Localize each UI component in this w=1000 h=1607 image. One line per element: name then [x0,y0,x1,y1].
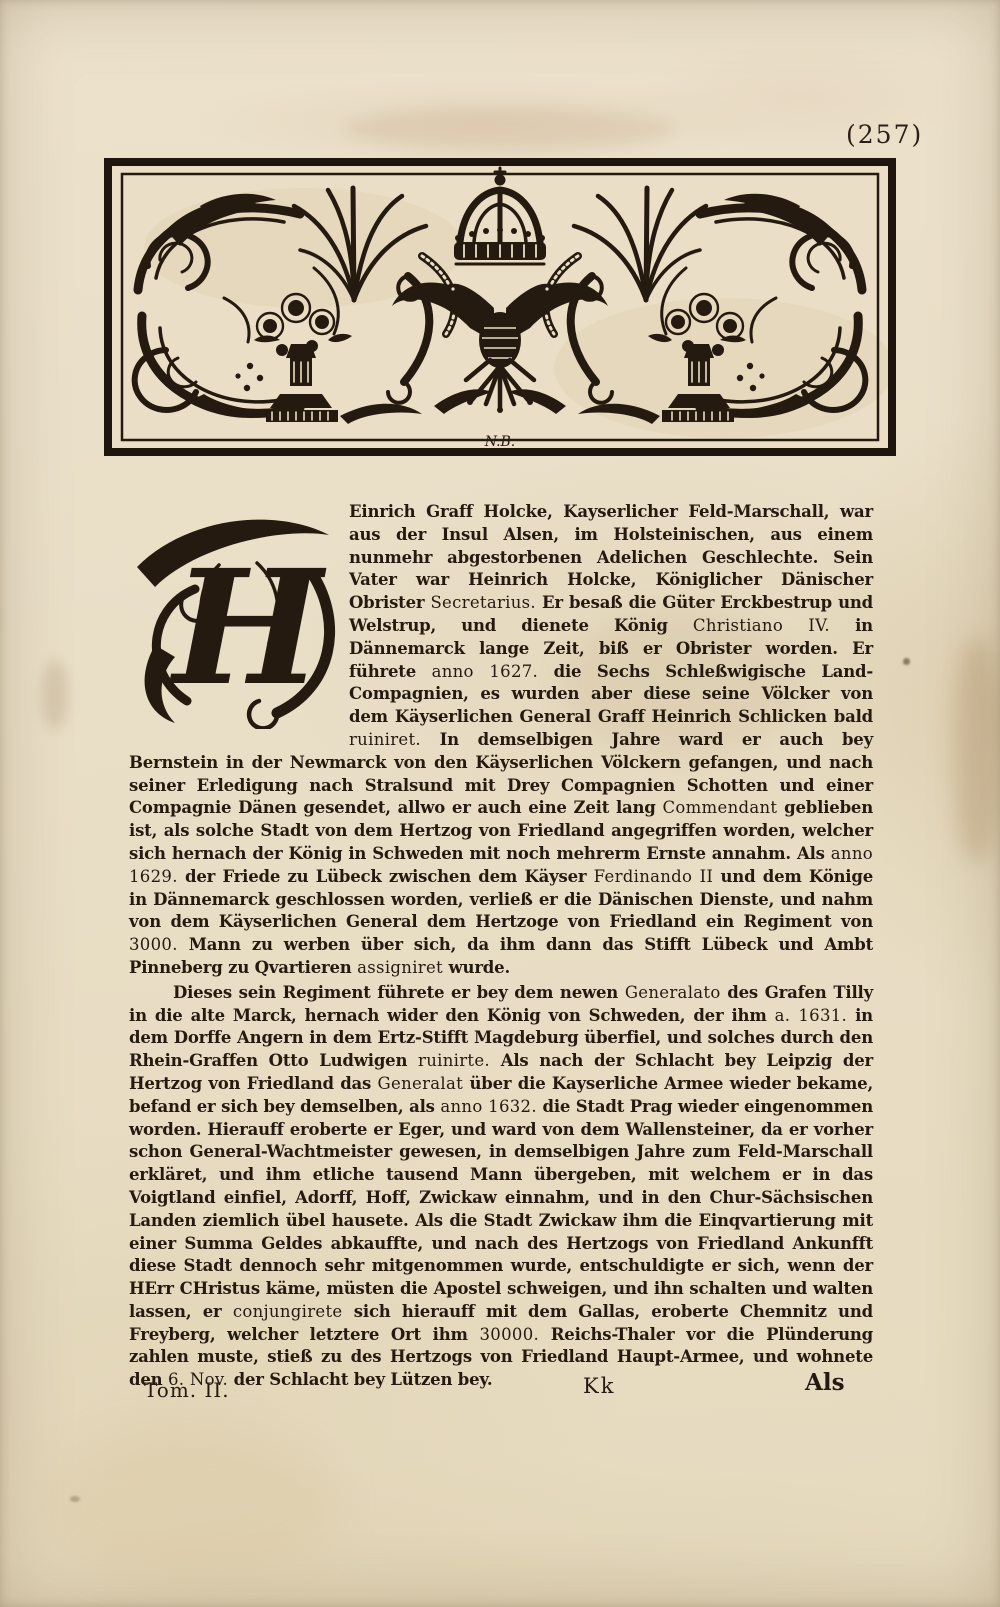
text-segment-latin: Christiano IV. [693,616,830,635]
text-segment-latin: Ferdinando II [594,867,714,886]
text-segment-latin: a. 1631. [775,1006,847,1025]
drop-cap-initial: H [129,505,337,729]
text-segment-latin: Generalat [378,1074,464,1093]
paper-stain-bleedthrough [345,108,675,150]
tome-label: Tom. II. [144,1378,230,1402]
text-segment-latin: anno 1632. [440,1097,537,1116]
drop-cap-flourish-graphic: H [129,505,337,729]
text-segment-fraktur: Dieses sein Regiment führete er bey dem … [173,983,625,1002]
book-page: (257) [0,0,1000,1607]
text-segment-latin: assigniret [357,958,443,977]
text-segment-latin: 30000. [480,1325,540,1344]
text-segment-latin: conjungirete [233,1302,343,1321]
text-segment-latin: Commendant [662,798,777,817]
drop-cap-letter: H [169,536,327,721]
text-segment-latin: 3000. [129,935,178,954]
headpiece-woodcut: N.B. [104,158,896,456]
engraver-signature: N.B. [484,434,516,450]
paper-stain-bottom [40,1430,340,1580]
paper-stain-right-edge [955,640,1000,860]
text-segment-fraktur: der Friede zu Lübeck zwischen dem Käyser [178,867,594,886]
text-segment-latin: Secretarius. [430,593,536,612]
paragraph: H Einrich Graff Holcke, Kayserlicher Fel… [129,501,873,980]
text-segment-latin: ruinirte. [418,1051,490,1070]
ink-speck [70,1496,80,1502]
text-segment-fraktur: wurde. [443,958,510,977]
text-segment-latin: anno 1627. [432,662,539,681]
text-segment-fraktur: die Stadt Prag wieder eingenommen worden… [129,1097,873,1321]
article-text: H Einrich Graff Holcke, Kayserlicher Fel… [129,501,873,1392]
scanned-book-page: { "page": { "number": "(257)", "tome": "… [0,0,1000,1607]
text-segment-latin: ruiniret. [349,730,421,749]
page-number: (257) [846,120,923,149]
paper-stain-left-edge [42,660,68,730]
text-segment-latin: Generalato [625,983,721,1002]
signature-mark: Kk [583,1374,615,1398]
catchword: Als [805,1369,845,1396]
paragraph: Dieses sein Regiment führete er bey dem … [129,982,873,1392]
ink-speck [903,658,910,665]
text-segment-fraktur: der Schlacht bey Lützen bey. [228,1370,492,1389]
headpiece-ornament-graphic: N.B. [104,158,896,456]
